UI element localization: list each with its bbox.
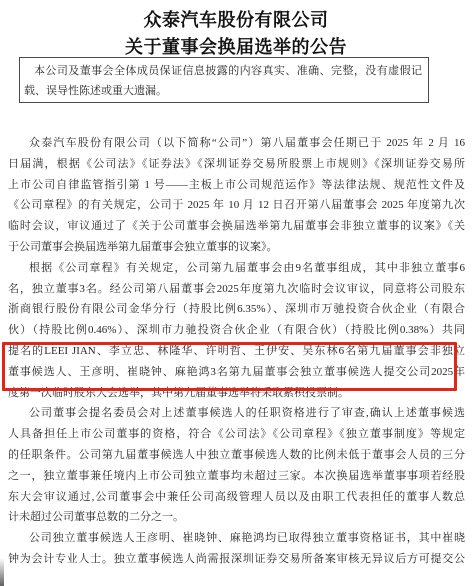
body-line: 度第一次临时股东大会选举，其中第九届董事选举将采取累积投票制。 [8,383,465,404]
scan-artifact [0,558,4,586]
body-line: 临时会议，审议通过了《关于公司董事会换届选举第九届董事会非独立董事的议案》《关 [8,216,465,237]
body-line: 伙）（持股比例0.46%）、深圳市力驰投资合伙企业（有限合伙）（持股比例0.38… [8,320,465,341]
body-line: 公司独立董事候选人王彦明、崔晓钟、麻艳鸿均已取得独立董事资格证书，其中崔晓 [8,528,465,549]
body-line: 人具备担任上市公司董事的资格，符合《公司法》《公司章程》《独立董事制度》等规定 [8,424,465,445]
body-line: 公司董事会提名委员会对上述董事候选人的任职资格进行了审查,确认上述董事候选 [8,403,465,424]
body-line: 浙商银行股份有限公司金华分行（持股比例6.35%）、深圳市万驰投资合伙企业（有限… [8,299,465,320]
body-line: 众泰汽车股份有限公司（以下简称“公司”）第八届董事会任期已于 2025 年 2 … [8,133,465,154]
body-line: 之一，独立董事兼任境内上市公司独立董事均未超过三家。本次换届选举董事事项若经股 [8,466,465,487]
body-line: 于公司董事会换届选举第九届董事会独立董事的议案》。 [8,237,465,258]
body-line: 根据《公司章程》有关规定，公司第九届董事会由9名董事组成，其中非独立董事6 [8,258,465,279]
document-body: 众泰汽车股份有限公司（以下简称“公司”）第八届董事会任期已于 2025 年 2 … [8,133,465,570]
body-line: 计未超过公司董事总数的二分之一。 [8,507,465,528]
announcement-document: 众泰汽车股份有限公司 关于董事会换届选举的公告 本公司及董事会全体成员保证信息披… [0,0,472,586]
body-line: 上市公司自律监管指引第 1 号——主板上市公司规范运作》等法律法规、规范性文件及 [8,175,465,196]
disclaimer-line: 载、误导性陈述或重大遗漏。 [24,81,422,101]
body-line: 《公司章程》的有关规定，公司于 2025 年 10 月 12 日召开第八届董事会… [8,195,465,216]
body-line: 的任职条件。公司第九届董事候选人中独立董事候选人数的比例未低于董事会人员的三分 [8,445,465,466]
body-line: 名，独立董事3名。经公司第八届董事会2025年度第九次临时会议审议，同意将公司股… [8,279,465,300]
body-line: 钟为会计专业人士。独立董事候选人尚需报深圳证券交易所备案审核无异议后方可提交公 [8,549,465,570]
disclaimer-line: 本公司及董事会全体成员保证信息披露的内容真实、准确、完整，没有虚假记 [24,61,422,81]
document-header: 众泰汽车股份有限公司 关于董事会换届选举的公告 [0,0,472,61]
body-line: 东大会审议通过,公司董事会中兼任公司高级管理人员以及由职工代表担任的董事人数总 [8,487,465,508]
body-line: 日届满，根据《公司法》《证券法》《深圳证券交易所股票上市规则》《深圳证券交易所 [8,154,465,175]
body-line-highlighted: 提名的LEEI JIAN、李立忠、林隆华、许明哲、王伊安、吴东林6名第九届董事会… [8,341,465,362]
body-line-highlighted: 董事候选人、王彦明、崔晓钟、麻艳鸿3名第九届董事会独立董事候选人提交公司2025… [8,362,465,383]
company-name-title: 众泰汽车股份有限公司 [0,7,472,34]
disclaimer-box: 本公司及董事会全体成员保证信息披露的内容真实、准确、完整，没有虚假记 载、误导性… [19,57,429,103]
